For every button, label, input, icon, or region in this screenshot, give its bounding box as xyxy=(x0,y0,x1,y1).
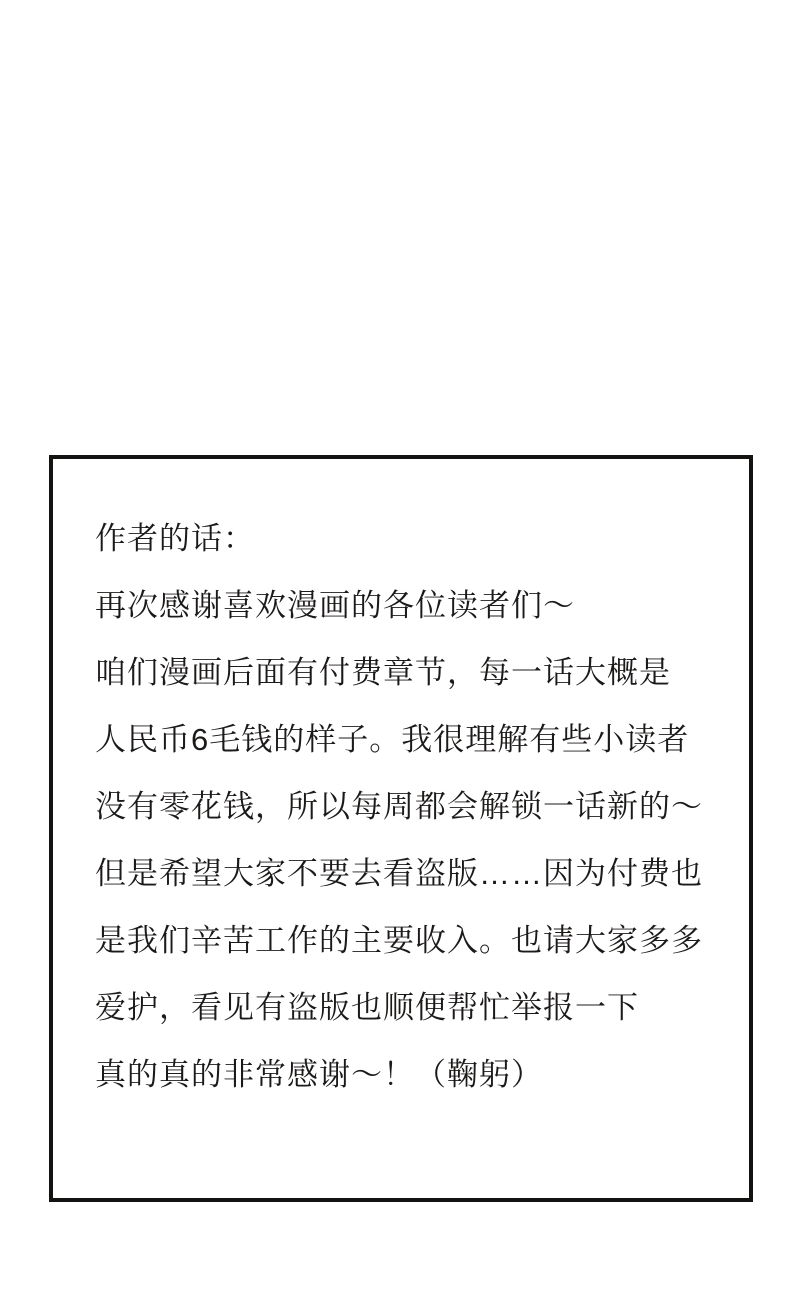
author-note-title: 作者的话： xyxy=(95,505,713,572)
author-note-line: 人民币6毛钱的样子。我很理解有些小读者 xyxy=(95,706,713,773)
author-note-line: 是我们辛苦工作的主要收入。也请大家多多 xyxy=(95,907,713,974)
author-note-line: 真的真的非常感谢～！（鞠躬） xyxy=(95,1041,713,1108)
comic-page: 作者的话： 再次感谢喜欢漫画的各位读者们～ 咱们漫画后面有付费章节，每一话大概是… xyxy=(0,0,800,1301)
author-note-line: 但是希望大家不要去看盗版……因为付费也 xyxy=(95,840,713,907)
author-note-line: 咱们漫画后面有付费章节，每一话大概是 xyxy=(95,639,713,706)
author-note-line: 爱护，看见有盗版也顺便帮忙举报一下 xyxy=(95,974,713,1041)
author-note-box: 作者的话： 再次感谢喜欢漫画的各位读者们～ 咱们漫画后面有付费章节，每一话大概是… xyxy=(49,455,753,1202)
author-note-line: 没有零花钱，所以每周都会解锁一话新的～ xyxy=(95,773,713,840)
author-note-line: 再次感谢喜欢漫画的各位读者们～ xyxy=(95,572,713,639)
